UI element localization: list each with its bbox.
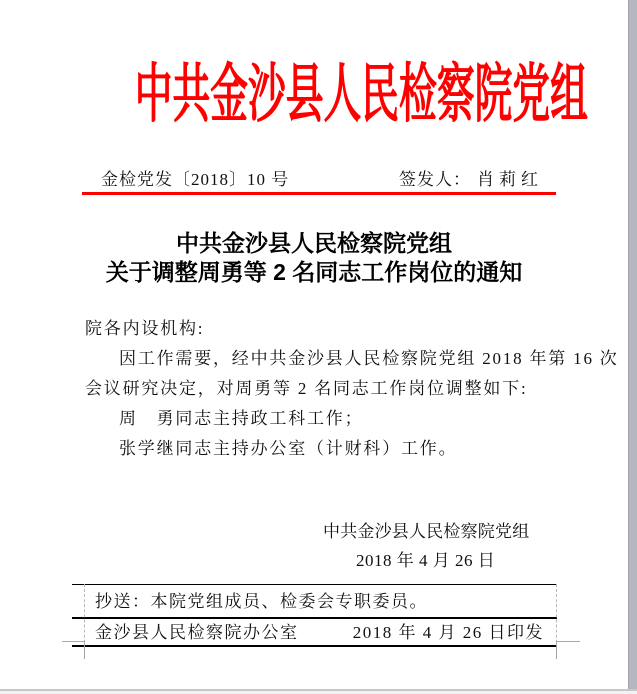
window-bottom-edge-strip bbox=[0, 689, 637, 694]
text-boundary-mark-bottom-right-v bbox=[556, 641, 557, 659]
notice-title-line1: 中共金沙县人民检察院党组 bbox=[0, 229, 628, 258]
signer-label: 签发人： bbox=[399, 170, 471, 189]
text-boundary-mark-bottom-right-h bbox=[556, 641, 580, 642]
assignment-item-2: 张学继同志主持办公室（计财科）工作。 bbox=[85, 434, 559, 464]
signer: 签发人：肖莉红 bbox=[399, 165, 556, 190]
assignment-item-1: 周 勇同志主持政工科工作； bbox=[85, 404, 559, 434]
signer-name: 肖莉红 bbox=[477, 170, 543, 189]
cc-row: 抄送：本院党组成员、检委会专职委员。 bbox=[72, 585, 557, 619]
body-paragraph-line1: 因工作需要，经中共金沙县人民检察院党组 2018 年第 16 次 bbox=[85, 344, 559, 374]
red-separator-rule bbox=[82, 192, 556, 195]
signature-org: 中共金沙县人民检察院党组 bbox=[323, 517, 529, 542]
red-header-org-title: 中共金沙县人民检察院党组 bbox=[135, 62, 506, 128]
body-paragraph-line2: 会议研究决定，对周勇等 2 名同志工作岗位调整如下: bbox=[85, 374, 559, 404]
notice-body: 院各内设机构: 因工作需要，经中共金沙县人民检察院党组 2018 年第 16 次… bbox=[85, 314, 559, 464]
text-boundary-mark-bottom-left-h bbox=[62, 641, 85, 642]
window-right-edge-strip bbox=[628, 0, 637, 694]
print-date: 2018 年 4 月 26 日印发 bbox=[353, 619, 544, 645]
notice-title: 中共金沙县人民检察院党组 关于调整周勇等 2 名同志工作岗位的通知 bbox=[0, 229, 628, 287]
colophon-table: 抄送：本院党组成员、检委会专职委员。 金沙县人民检察院办公室 2018 年 4 … bbox=[72, 584, 557, 647]
signature-date: 2018 年 4 月 26 日 bbox=[356, 546, 495, 571]
doc-number: 金检党发〔2018〕10 号 bbox=[82, 165, 289, 190]
text-boundary-mark-bottom-left-v bbox=[84, 641, 85, 659]
notice-title-line2: 关于调整周勇等 2 名同志工作岗位的通知 bbox=[0, 258, 628, 287]
salutation-line: 院各内设机构: bbox=[85, 314, 559, 344]
issuer-row: 金沙县人民检察院办公室 2018 年 4 月 26 日印发 bbox=[72, 619, 557, 647]
issuing-office: 金沙县人民检察院办公室 bbox=[95, 619, 299, 645]
document-page[interactable]: 中共金沙县人民检察院党组 金检党发〔2018〕10 号 签发人：肖莉红 中共金沙… bbox=[0, 0, 628, 689]
doc-number-row: 金检党发〔2018〕10 号 签发人：肖莉红 bbox=[82, 166, 556, 190]
